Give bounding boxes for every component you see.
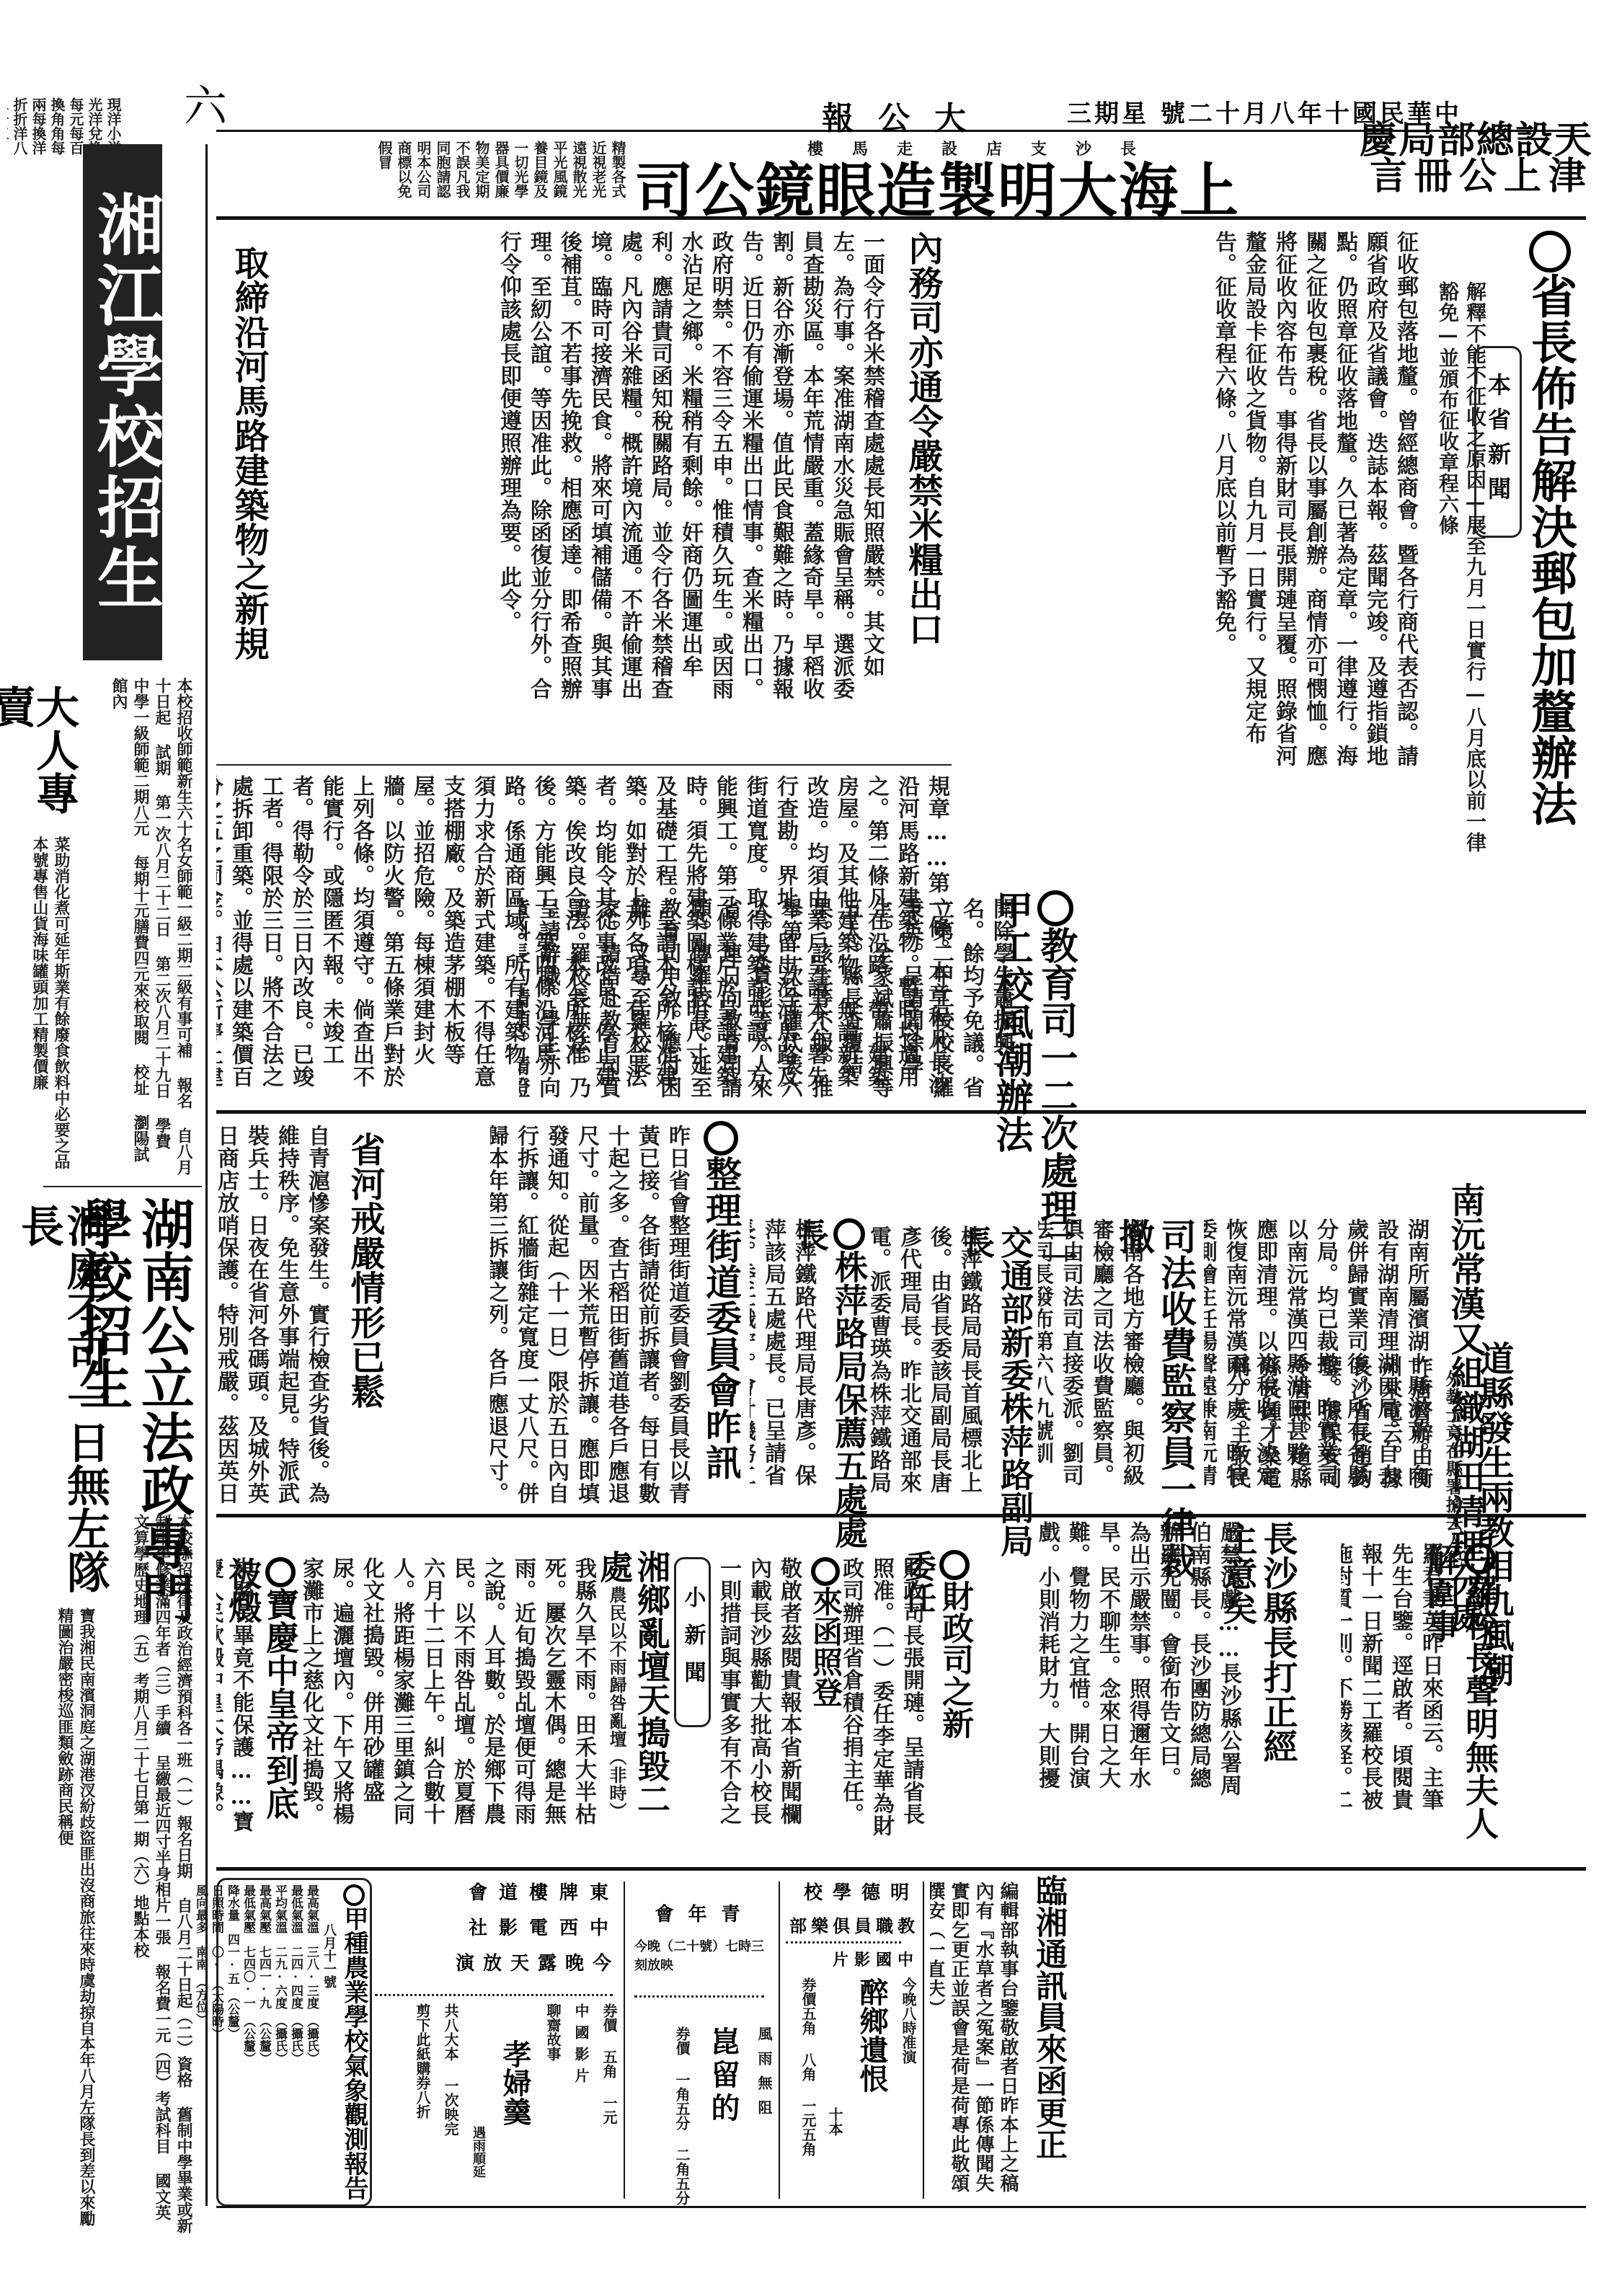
header-rule <box>216 216 1586 220</box>
article-riverpolice-headline: 省河戒嚴情形已鬆 <box>335 1132 386 1456</box>
weather-title-text: 甲種農業學校氣象觀測報告 <box>340 1906 368 2200</box>
article-railway-headline: 交通部新委株萍路副局長 <box>988 1225 1034 1586</box>
article-luo-headline: 羅校長聲明無夫人解圍事 <box>1449 1543 1499 1845</box>
weather-label: 日照時間 <box>209 1884 223 1933</box>
dotted-rule <box>786 1941 901 1943</box>
weather-label: 平均氣溫 <box>272 1884 287 1933</box>
top-right-ad-line2: 津上公冊言 <box>1290 159 1593 195</box>
article-street-body: 昨日省會整理街道委員會劉委員長以青黃已接。各街請從前拆讓者。每日有數十起之多。查… <box>490 1125 692 1514</box>
article-changsha-headline: 長沙縣長打正經主意矣 <box>1247 1521 1298 1781</box>
weather-label: 最低氣壓 <box>241 1884 255 1933</box>
cinema-mingde-prices: 券價五角 八角 一元五角 <box>798 1977 819 2156</box>
cinema-mingde-venue: 明德學校 <box>786 1878 919 1905</box>
article-finance-headline: 財政司之新委任 <box>930 1550 973 1766</box>
article-xiangxiang-headline: 湘鄉亂壇天搗毀二處 <box>627 1550 670 1838</box>
weather-unit: （太陽時） <box>209 1985 223 2040</box>
page-number: 六 <box>184 72 227 134</box>
cinema-zhongxi-coupon: 剪下此紙購券八折 <box>412 2003 433 2178</box>
article-letter-headline: 來函照登 <box>807 1557 843 1745</box>
weather-label: 降水量 <box>225 1884 239 1921</box>
article-riverpolice-body: 自青滬慘案發生。實行檢查劣貨後。為維持秩序。免生意外事端起見。特派武裝兵士。日夜… <box>216 1125 332 1514</box>
cinema-zhongxi-type: 聊齋故事 <box>543 2003 564 2178</box>
article-zhuping-body: 株萍鐵路代理局長唐彥。保萍該局五處處長。已呈請省長。委任職守。會計機務工務總務各… <box>750 1218 818 1507</box>
cinema-mingde-org: 教職員俱樂部 <box>786 1912 919 1937</box>
weather-unit: （攝氏） <box>272 2021 287 2065</box>
article-audit-body: 湖南各地方審檢廳。與初級審檢廳之司法收費監察員。俱由司法司直接委派。劉司法司長發… <box>1038 1218 1146 1507</box>
sidebar-rule-1 <box>43 1186 202 1187</box>
sidebar-ad-specialist-detail: 菜助消化煮可延年斯業有餘廢食飲料中必要之品本號專售山貨海味罐頭加工精製價廉 <box>7 836 72 1175</box>
article-changsha-body: 嚴禁演戲……長沙縣公署周伯南縣長。長沙團防總局總辦羅先闓。會銜布告文曰。為出示嚴… <box>1038 1521 1244 1809</box>
article-education-body: 開除學生蕭振興一名。餘均予免議。省立第二甲工校校長羅秉英。呈請開除學生。全家斌蕭… <box>519 897 1016 1107</box>
cinema-zhongxi-showing: 今晚露天放演 <box>375 1949 620 1975</box>
weather-unit: （公釐） <box>241 2021 255 2065</box>
weather-unit: （公釐） <box>225 1997 239 2040</box>
cinema-mingde-film: 醉鄉遺恨 <box>851 1977 892 2156</box>
weather-value: 四一·五 <box>225 1933 239 1985</box>
cinema-zhongxi: 東牌樓道會 中西電影社 今晚露天放演 券價 五角 一元 中國影片 聊齋故事 孝婦… <box>375 1878 620 2202</box>
weather-unit: （攝氏） <box>304 2021 319 2065</box>
weather-row: 最高氣壓 七四一·九 （公釐） <box>256 1880 272 2204</box>
article-postal-headline: 省長佈告解決郵包加釐辦法 <box>1514 231 1579 865</box>
cinema-zhongxi-reels: 共八大本 一次映完 <box>440 2003 461 2178</box>
weather-row: 日照時間 〇· （太陽時） <box>208 1880 224 2204</box>
weather-row: 最高氣溫 三八·三度 （攝氏） <box>303 1880 319 2204</box>
weather-row: 平均氣溫 二九·六度 （攝氏） <box>272 1880 288 2204</box>
weather-row: 降水量 四一·五 （公釐） <box>224 1880 240 2204</box>
small-news-label-text: 小新聞 <box>677 1586 709 1698</box>
article-daoxian-body: 昨唐督辦由衡州來電云。據長沙省長趙鈞鑒。據保安司令唐熙。道縣縣長鍾才燊電稱。天主… <box>1226 1355 1435 1507</box>
article-rice-body: 一面令行各米禁稽查處處長知照嚴禁。其文如左。為行事。案准湖南水災急賑會呈稱。選派… <box>274 231 887 721</box>
main-ad-copy: 精製各式近視老光遠視散光平光風鏡養目鏡及一切光學器具價廉物美定期不誤凡我同胞請認… <box>238 141 627 205</box>
weather-row: 風向最多 南南 （方位） <box>192 1880 208 2204</box>
cinema-mingde-format: 中國影片 <box>786 1948 919 1970</box>
sidebar-ad-specialist: 大人專賣 <box>32 685 76 829</box>
article-finance-body: 財政司長張開璉。呈請省長照准。（一）委任李定華為財政司辦理省倉積谷捐主任。（二）… <box>843 1557 926 1845</box>
circle-bullet-icon <box>343 1884 365 1906</box>
cinema-ymca-showing: 今晚（二十號）七時三刻放映 <box>634 1936 775 1974</box>
weather-row: 最低氣壓 七四〇·一 （公釐） <box>240 1880 256 2204</box>
cinema-zhongxi-format: 中國影片 <box>571 2003 592 2178</box>
weather-value: 南南 <box>193 1946 208 1970</box>
article-postal-body: 征收郵包落地釐。曾經總商會。暨各行商代表否認。請願省政府及省議會。迭誌本報。茲聞… <box>959 231 1420 786</box>
article-luo-body-col: 羅君秉英昨日來函云。主筆先生台鑒。逕啟者。頃閱貴報十一日新聞二工羅校長被拖對質一… <box>1341 1543 1445 1831</box>
circle-bullet-icon <box>833 1218 865 1250</box>
cinema-ymca: 青年會 今晚（二十號）七時三刻放映 風雨無阻 崑留的 券價 一角五分 二角五分 <box>634 1878 775 2202</box>
cinema-mingde-reels: 十本 <box>825 1977 846 2156</box>
sidebar-ad-enrolment: 本校招收師範新生六十名女師範一級二期二級有事可補 報名 自八月十日起 試期 第一… <box>79 678 195 1175</box>
weather-report-title: 甲種農業學校氣象觀測報告 <box>338 1880 370 2204</box>
row2-rule <box>216 1514 1586 1517</box>
weather-value: 七四一·九 <box>257 1946 271 2009</box>
ads-divider-3 <box>624 1881 625 2199</box>
dongting-ad-detail: 寶我湘民南濱洞庭之湖港汊紛歧盜匪出沒商旅往來時虞劫掠自本年八月左隊長到差以來勵精… <box>40 1608 97 2228</box>
circle-bullet-icon <box>265 1557 296 1587</box>
weather-report: 甲種農業學校氣象觀測報告 八月十一號 最高氣溫 三八·三度 （攝氏） 最低氣溫 … <box>216 1878 372 2207</box>
cinema-zhongxi-org: 中西電影社 <box>375 1913 620 1940</box>
weather-label: 風向最多 <box>193 1884 208 1933</box>
headline-text: 省長佈告解決郵包加釐辦法 <box>1523 272 1577 826</box>
dotted-rule <box>634 1995 764 1998</box>
ads-divider-1 <box>923 1881 924 2199</box>
top-right-ad: 天設總部局慶 津上公冊言 <box>1290 123 1593 223</box>
article-xiangxiang-subhead: 農民以不雨歸咎亂壇（非時） <box>602 1586 627 1831</box>
weather-value: 〇· <box>209 1946 223 1972</box>
article-riverside-headline: 取締沿河馬路建築物之新規 <box>220 245 270 764</box>
circle-bullet-icon <box>1464 1543 1496 1574</box>
weather-unit: （公釐） <box>257 2021 271 2065</box>
cinema-ymca-note: 風雨無阻 <box>754 2026 775 2205</box>
cinema-zhongxi-prices: 券價 五角 一元 <box>599 2003 620 2178</box>
masthead-paper-name: 大公報 <box>822 92 991 138</box>
article-street-headline: 整理街道委員會昨訊 <box>696 1121 743 1481</box>
circle-bullet-icon <box>939 1550 970 1580</box>
article-railway-body: 株萍鐵路局局長首風標北上後。由省長委該局副局長唐彥代理局長。昨北交通部來電。派委… <box>865 1225 984 1514</box>
article-emperor-body: 朱縣長畢竟不能保護……寶慶人民欲燬中皇大帝偶像。被朱縣長畀人嚴內。迭誌前報。近來… <box>216 1557 256 1845</box>
article-zhuping-headline: 株萍路局保薦五處處長 <box>822 1218 869 1579</box>
cinema-zhongxi-film: 孝婦羹 <box>495 2003 536 2178</box>
weather-report-issue: 八月十一號 <box>319 1880 338 2204</box>
law-school-ad-detail: 本校添招法律及政治經濟預科各一班（一）報名日期 自八月二十日起（二）資格 舊制中… <box>94 1514 195 2235</box>
cinema-ymca-prices: 券價 一角五分 二角五分 <box>672 2026 693 2205</box>
weather-value: 二九·六度 <box>272 1946 287 2009</box>
circle-bullet-icon <box>704 1121 738 1156</box>
article-linxiang-body: 編輯部執事台鑒敬啟者日昨本上之稿內有『水草者之冤案』一節係傳聞失實即乞更正並誤會… <box>930 1881 1020 2199</box>
row1-inner-rule <box>216 764 952 766</box>
weather-label: 最高氣壓 <box>257 1884 271 1933</box>
cinema-zhongxi-venue: 東牌樓道會 <box>375 1878 620 1905</box>
article-letter-body: 敬啟者茲閱貴報本省新聞欄內載長沙縣勸大批高小校長一則措詞與事實多有不合之處想係傳… <box>714 1557 804 1845</box>
weather-unit: （方位） <box>193 1982 208 2026</box>
row3-rule <box>216 1867 1586 1871</box>
weather-label: 最高氣溫 <box>304 1884 319 1933</box>
cinema-mingde-showing: 今晚八時准演 <box>898 1977 919 2156</box>
circle-bullet-icon <box>811 1557 840 1586</box>
article-xiangxiang-body: 我縣久旱不雨。田禾大半枯死。屢次乞靈木偶。總是無雨。近旬搗毀乩壇便可得雨之說。人… <box>303 1557 598 1838</box>
headline-text: 來函照登 <box>808 1586 843 1707</box>
sidebar-ad-xiangjiang: 湘江學校招生 <box>83 144 162 660</box>
article-postal-subhead: 解釋不能不征收之原因—展至九月一日實行—八月底以前一律豁免—並頒布征收章程六條 <box>1431 281 1489 872</box>
weather-value: 二四·四度 <box>288 1946 303 2009</box>
weather-row: 最低氣溫 二四·四度 （攝氏） <box>288 1880 303 2204</box>
weather-value: 七四〇·一 <box>241 1946 255 2009</box>
weather-value: 三八·三度 <box>304 1946 319 2009</box>
weather-label: 最低氣溫 <box>288 1884 303 1933</box>
weather-unit: （攝氏） <box>288 2021 303 2065</box>
headline-text: 整理街道委員會昨訊 <box>700 1156 742 1480</box>
circle-bullet-icon <box>1529 231 1571 272</box>
cinema-zhongxi-note: 遇雨順延 <box>469 2003 487 2178</box>
dongting-ad-title: 洞庭不可一日無左隊長 <box>50 1204 108 1600</box>
small-news-label: 小新聞 <box>674 1557 711 1727</box>
article-emperor-headline: 寶慶中皇帝到底被燬 <box>256 1557 299 1845</box>
ads-divider-2 <box>779 1881 780 2199</box>
row1-rule <box>216 1110 1586 1114</box>
dotted-rule <box>375 1994 613 1996</box>
article-rice-headline: 內務司亦通令嚴禁米糧出口 <box>894 231 944 779</box>
cinema-ymca-venue: 青年會 <box>634 1900 775 1926</box>
circle-bullet-icon <box>1037 890 1073 926</box>
cinema-ymca-film: 崑留的 <box>703 2026 744 2205</box>
article-linxiang-headline: 臨湘通訊員來函更正 <box>1024 1874 1067 2206</box>
top-right-ad-line1: 天設總部局慶 <box>1290 123 1593 159</box>
bottom-rule <box>216 2206 1586 2208</box>
cinema-mingde: 明德學校 教職員俱樂部 中國影片 今晚八時准演 醉鄉遺恨 十本 券價五角 八角 … <box>786 1878 919 2202</box>
